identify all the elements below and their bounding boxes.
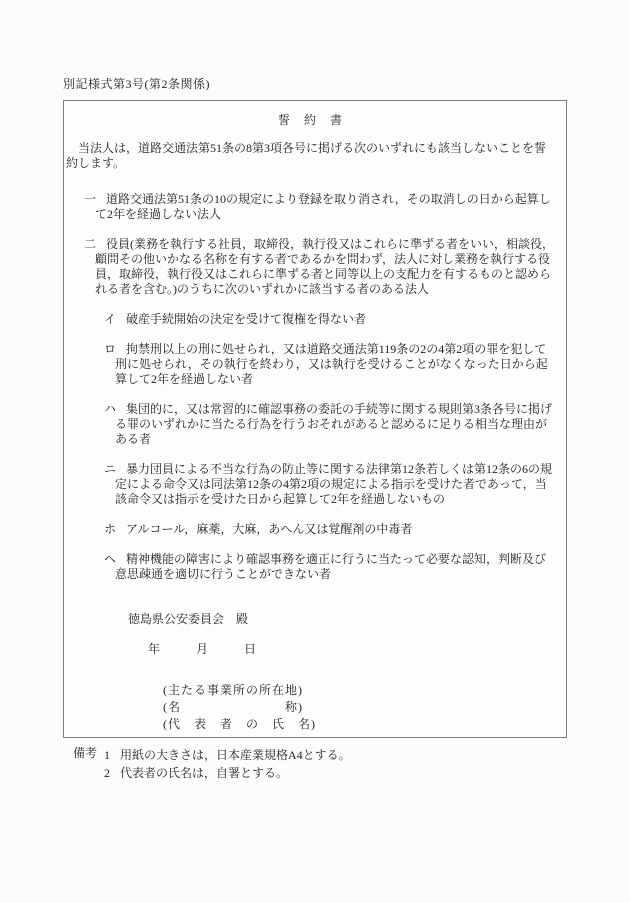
item-marker: イ: [104, 312, 116, 326]
item-marker: ヘ: [104, 552, 116, 566]
remark-item-2: 2代表者の氏名は，自署とする。: [104, 764, 351, 782]
item-text: 役員(業務を執行する社員，取締役，執行役又はこれらに準ずる者をいい，相談役，顧問…: [95, 237, 554, 296]
remark-number: 2: [104, 764, 120, 782]
item-marker: ホ: [104, 522, 116, 536]
numbered-item-1: 一道路交通法第51条の10の規定により登録を取り消され，その取消しの日から起算し…: [66, 192, 555, 222]
item-marker: 二: [84, 237, 96, 251]
numbered-item-2: 二役員(業務を執行する社員，取締役，執行役又はこれらに準ずる者をいい，相談役，顧…: [66, 237, 555, 297]
item-text: 破産手続開始の決定を受けて復権を得ない者: [126, 312, 366, 326]
sub-item-ho: ホアルコール，麻薬，大麻，あへん又は覚醒剤の中毒者: [66, 522, 555, 537]
item-marker: ニ: [104, 462, 116, 476]
item-text: 集団的に，又は常習的に確認事務の委託の手続等に関する規則第3条各号に掲げる罪のい…: [115, 402, 552, 446]
item-text: 精神機能の障害により確認事務を適正に行うに当たって必要な認知，判断及び意思疎通を…: [115, 552, 546, 581]
addressee-line: 徳島県公安委員会 殿: [66, 612, 555, 627]
signature-block: (主たる事業所の所在地) (名 称) (代 表 者 の 氏 名): [66, 682, 555, 733]
sub-item-he: ヘ精神機能の障害により確認事務を適正に行うに当たって必要な認知，判断及び意思疎通…: [66, 552, 555, 582]
item-marker: ロ: [104, 342, 116, 356]
date-line: 年 月 日: [66, 642, 555, 657]
sub-item-ro: ロ拘禁刑以上の刑に処せられ，又は道路交通法第119条の2の4第2項の罪を犯して刑…: [66, 342, 555, 387]
item-text: 道路交通法第51条の10の規定により登録を取り消され，その取消しの日から起算して…: [95, 192, 551, 221]
signature-name-label: (名 称): [163, 699, 555, 716]
item-text: 暴力団員による不当な行為の防止等に関する法律第12条若しくは第12条の6の規定に…: [115, 462, 552, 506]
intro-paragraph: 当法人は，道路交通法第51条の8第3項各号に掲げる次のいずれにも該当しないことを…: [66, 141, 555, 171]
remarks-section: 備考 1用紙の大きさは，日本産業規格A4とする。 2代表者の氏名は，自署とする。: [73, 746, 351, 782]
sub-item-i: イ破産手続開始の決定を受けて復権を得ない者: [66, 312, 555, 327]
item-text: 拘禁刑以上の刑に処せられ，又は道路交通法第119条の2の4第2項の罪を犯して刑に…: [115, 342, 548, 386]
remarks-label: 備考: [73, 746, 104, 782]
signature-representative-label: (代 表 者 の 氏 名): [163, 716, 555, 733]
pledge-form-box: 誓 約 書 当法人は，道路交通法第51条の8第3項各号に掲げる次のいずれにも該当…: [63, 100, 567, 738]
sub-item-ni: ニ暴力団員による不当な行為の防止等に関する法律第12条若しくは第12条の6の規定…: [66, 462, 555, 507]
remarks-list: 1用紙の大きさは，日本産業規格A4とする。 2代表者の氏名は，自署とする。: [104, 746, 351, 782]
item-marker: ハ: [104, 402, 116, 416]
signature-office-address-label: (主たる事業所の所在地): [163, 682, 555, 699]
remark-text: 用紙の大きさは，日本産業規格A4とする。: [120, 748, 351, 762]
document-page: 別記様式第3号(第2条関係) 誓 約 書 当法人は，道路交通法第51条の8第3項…: [0, 0, 630, 903]
item-text: アルコール，麻薬，大麻，あへん又は覚醒剤の中毒者: [126, 522, 412, 536]
remark-item-1: 1用紙の大きさは，日本産業規格A4とする。: [104, 746, 351, 764]
document-title: 誓 約 書: [66, 113, 555, 128]
form-style-label: 別記様式第3号(第2条関係): [63, 77, 210, 92]
sub-item-ha: ハ集団的に，又は常習的に確認事務の委託の手続等に関する規則第3条各号に掲げる罪の…: [66, 402, 555, 447]
remark-text: 代表者の氏名は，自署とする。: [120, 766, 288, 780]
remark-number: 1: [104, 746, 120, 764]
item-marker: 一: [84, 192, 96, 206]
